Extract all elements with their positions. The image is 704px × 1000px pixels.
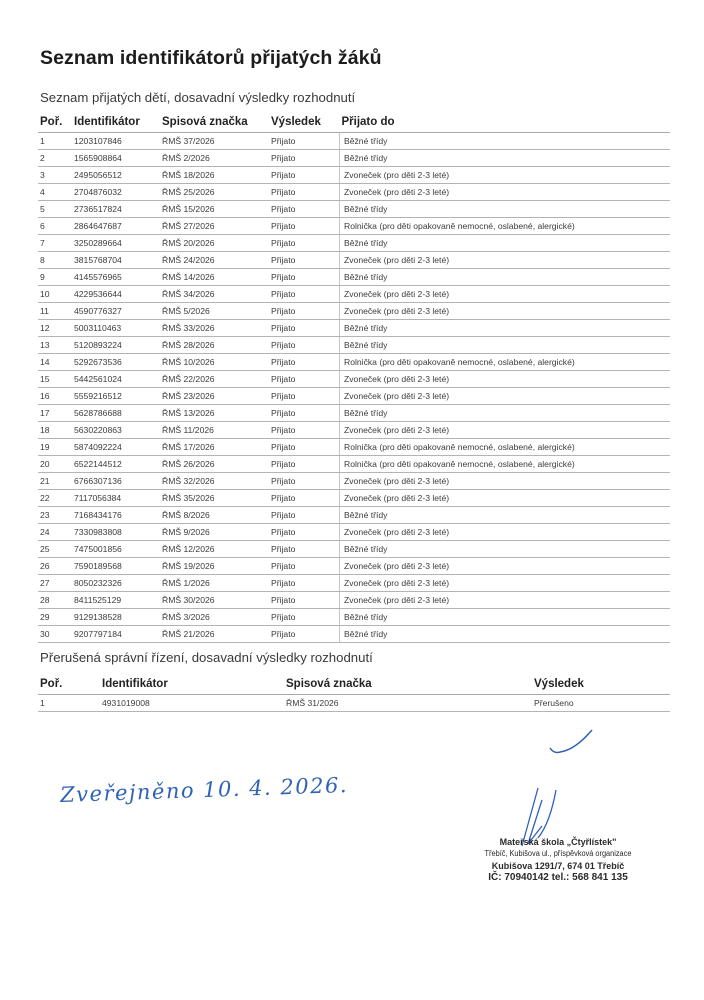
column-header-identifier: Identifikátor bbox=[100, 676, 284, 695]
row-file-number: ŘMŠ 32/2026 bbox=[160, 473, 269, 490]
row-result: Přijato bbox=[269, 473, 340, 490]
table-row: 195874092224ŘMŠ 17/2026PřijatoRolnička (… bbox=[38, 439, 670, 456]
row-admitted-to: Běžné třídy bbox=[340, 541, 671, 558]
row-admitted-to: Běžné třídy bbox=[340, 405, 671, 422]
row-order: 24 bbox=[38, 524, 72, 541]
row-admitted-to: Zvoneček (pro děti 2-3 leté) bbox=[340, 575, 671, 592]
stamp-address: Kubišova 1291/7, 674 01 Třebíč bbox=[478, 860, 638, 872]
row-result: Přijato bbox=[269, 252, 340, 269]
row-admitted-to: Zvoneček (pro děti 2-3 leté) bbox=[340, 184, 671, 201]
column-header-file-number: Spisová značka bbox=[284, 676, 532, 695]
row-identifier: 5630220863 bbox=[72, 422, 160, 439]
row-order: 1 bbox=[38, 133, 72, 150]
row-identifier: 7590189568 bbox=[72, 558, 160, 575]
row-order: 19 bbox=[38, 439, 72, 456]
row-admitted-to: Zvoneček (pro děti 2-3 leté) bbox=[340, 592, 671, 609]
row-result: Přijato bbox=[269, 507, 340, 524]
row-result: Přijato bbox=[269, 626, 340, 643]
table-row: 42704876032ŘMŠ 25/2026PřijatoZvoneček (p… bbox=[38, 184, 670, 201]
row-file-number: ŘMŠ 17/2026 bbox=[160, 439, 269, 456]
row-result: Přijato bbox=[269, 218, 340, 235]
table-row: 52736517824ŘMŠ 15/2026PřijatoBěžné třídy bbox=[38, 201, 670, 218]
table-row: 206522144512ŘMŠ 26/2026PřijatoRolnička (… bbox=[38, 456, 670, 473]
table-row: 14931019008ŘMŠ 31/2026Přerušeno bbox=[38, 695, 670, 712]
row-order: 20 bbox=[38, 456, 72, 473]
row-file-number: ŘMŠ 37/2026 bbox=[160, 133, 269, 150]
row-admitted-to: Běžné třídy bbox=[340, 133, 671, 150]
table-row: 125003110463ŘMŠ 33/2026PřijatoBěžné tříd… bbox=[38, 320, 670, 337]
row-identifier: 4590776327 bbox=[72, 303, 160, 320]
row-file-number: ŘMŠ 15/2026 bbox=[160, 201, 269, 218]
row-identifier: 2495056512 bbox=[72, 167, 160, 184]
table-row: 73250289664ŘMŠ 20/2026PřijatoBěžné třídy bbox=[38, 235, 670, 252]
handwritten-publication-note: Zveřejněno 10. 4. 2026. bbox=[60, 773, 349, 807]
table-row: 299129138528ŘMŠ 3/2026PřijatoBěžné třídy bbox=[38, 609, 670, 626]
table-row: 237168434176ŘMŠ 8/2026PřijatoBěžné třídy bbox=[38, 507, 670, 524]
row-admitted-to: Zvoneček (pro děti 2-3 leté) bbox=[340, 473, 671, 490]
row-result: Přijato bbox=[269, 201, 340, 218]
row-file-number: ŘMŠ 3/2026 bbox=[160, 609, 269, 626]
row-file-number: ŘMŠ 27/2026 bbox=[160, 218, 269, 235]
row-order: 8 bbox=[38, 252, 72, 269]
row-file-number: ŘMŠ 11/2026 bbox=[160, 422, 269, 439]
row-identifier: 5874092224 bbox=[72, 439, 160, 456]
row-order: 11 bbox=[38, 303, 72, 320]
table-row: 267590189568ŘMŠ 19/2026PřijatoZvoneček (… bbox=[38, 558, 670, 575]
table-row: 21565908864ŘMŠ 2/2026PřijatoBěžné třídy bbox=[38, 150, 670, 167]
table-row: 309207797184ŘMŠ 21/2026PřijatoBěžné tříd… bbox=[38, 626, 670, 643]
row-identifier: 3250289664 bbox=[72, 235, 160, 252]
row-order: 7 bbox=[38, 235, 72, 252]
row-result: Přijato bbox=[269, 337, 340, 354]
column-header-identifier: Identifikátor bbox=[72, 114, 160, 133]
table-header-row: Poř. Identifikátor Spisová značka Výsled… bbox=[38, 114, 670, 133]
section1-heading: Seznam přijatých dětí, dosavadní výsledk… bbox=[40, 90, 355, 105]
row-result: Přijato bbox=[269, 371, 340, 388]
row-result: Přijato bbox=[269, 456, 340, 473]
row-order: 17 bbox=[38, 405, 72, 422]
row-identifier: 4931019008 bbox=[100, 695, 284, 712]
row-file-number: ŘMŠ 5/2026 bbox=[160, 303, 269, 320]
row-result: Přijato bbox=[269, 354, 340, 371]
row-order: 2 bbox=[38, 150, 72, 167]
document-title: Seznam identifikátorů přijatých žáků bbox=[40, 47, 382, 70]
table-row: 175628786688ŘMŠ 13/2026PřijatoBěžné tříd… bbox=[38, 405, 670, 422]
row-file-number: ŘMŠ 13/2026 bbox=[160, 405, 269, 422]
row-admitted-to: Běžné třídy bbox=[340, 235, 671, 252]
row-result: Přijato bbox=[269, 286, 340, 303]
row-result: Přijato bbox=[269, 405, 340, 422]
row-order: 16 bbox=[38, 388, 72, 405]
row-file-number: ŘMŠ 10/2026 bbox=[160, 354, 269, 371]
row-identifier: 4229536644 bbox=[72, 286, 160, 303]
row-result: Přijato bbox=[269, 575, 340, 592]
row-admitted-to: Běžné třídy bbox=[340, 337, 671, 354]
row-order: 21 bbox=[38, 473, 72, 490]
row-admitted-to: Zvoneček (pro děti 2-3 leté) bbox=[340, 252, 671, 269]
row-order: 28 bbox=[38, 592, 72, 609]
row-file-number: ŘMŠ 12/2026 bbox=[160, 541, 269, 558]
row-result: Přijato bbox=[269, 235, 340, 252]
table-row: 278050232326ŘMŠ 1/2026PřijatoZvoneček (p… bbox=[38, 575, 670, 592]
table-row: 165559216512ŘMŠ 23/2026PřijatoZvoneček (… bbox=[38, 388, 670, 405]
table-row: 185630220863ŘMŠ 11/2026PřijatoZvoneček (… bbox=[38, 422, 670, 439]
row-file-number: ŘMŠ 35/2026 bbox=[160, 490, 269, 507]
row-file-number: ŘMŠ 19/2026 bbox=[160, 558, 269, 575]
row-order: 29 bbox=[38, 609, 72, 626]
stamp-contact: IČ: 70940142 tel.: 568 841 135 bbox=[478, 872, 638, 884]
row-admitted-to: Běžné třídy bbox=[340, 626, 671, 643]
admitted-children-table: Poř. Identifikátor Spisová značka Výsled… bbox=[38, 114, 670, 643]
row-admitted-to: Běžné třídy bbox=[340, 609, 671, 626]
stamp-school-name: Mateřská škola „Čtyřlístek" bbox=[478, 836, 638, 848]
row-admitted-to: Běžné třídy bbox=[340, 150, 671, 167]
row-order: 26 bbox=[38, 558, 72, 575]
row-identifier: 5628786688 bbox=[72, 405, 160, 422]
row-result: Přijato bbox=[269, 541, 340, 558]
row-order: 1 bbox=[38, 695, 100, 712]
row-file-number: ŘMŠ 33/2026 bbox=[160, 320, 269, 337]
row-identifier: 5292673536 bbox=[72, 354, 160, 371]
table-row: 288411525129ŘMŠ 30/2026PřijatoZvoneček (… bbox=[38, 592, 670, 609]
section2-heading: Přerušená správní řízení, dosavadní výsl… bbox=[40, 650, 373, 665]
row-admitted-to: Běžné třídy bbox=[340, 507, 671, 524]
row-order: 14 bbox=[38, 354, 72, 371]
row-file-number: ŘMŠ 14/2026 bbox=[160, 269, 269, 286]
row-admitted-to: Běžné třídy bbox=[340, 201, 671, 218]
row-result: Přijato bbox=[269, 558, 340, 575]
table-row: 11203107846ŘMŠ 37/2026PřijatoBěžné třídy bbox=[38, 133, 670, 150]
row-admitted-to: Běžné třídy bbox=[340, 320, 671, 337]
row-admitted-to: Zvoneček (pro děti 2-3 leté) bbox=[340, 371, 671, 388]
row-order: 18 bbox=[38, 422, 72, 439]
row-result: Přijato bbox=[269, 167, 340, 184]
table-row: 227117056384ŘMŠ 35/2026PřijatoZvoneček (… bbox=[38, 490, 670, 507]
row-order: 30 bbox=[38, 626, 72, 643]
signature-icon bbox=[520, 728, 610, 848]
column-header-admitted-to: Přijato do bbox=[340, 114, 671, 133]
row-file-number: ŘMŠ 22/2026 bbox=[160, 371, 269, 388]
interrupted-proceedings-table-body: 14931019008ŘMŠ 31/2026Přerušeno bbox=[38, 695, 670, 712]
column-header-file-number: Spisová značka bbox=[160, 114, 269, 133]
row-result: Přijato bbox=[269, 592, 340, 609]
row-admitted-to: Zvoneček (pro děti 2-3 leté) bbox=[340, 524, 671, 541]
row-result: Přijato bbox=[269, 524, 340, 541]
row-identifier: 3815768704 bbox=[72, 252, 160, 269]
row-file-number: ŘMŠ 8/2026 bbox=[160, 507, 269, 524]
row-order: 27 bbox=[38, 575, 72, 592]
row-admitted-to: Zvoneček (pro děti 2-3 leté) bbox=[340, 303, 671, 320]
row-identifier: 6766307136 bbox=[72, 473, 160, 490]
table-row: 114590776327ŘMŠ 5/2026PřijatoZvoneček (p… bbox=[38, 303, 670, 320]
row-file-number: ŘMŠ 34/2026 bbox=[160, 286, 269, 303]
column-header-result: Výsledek bbox=[532, 676, 670, 695]
row-admitted-to: Rolnička (pro děti opakovaně nemocné, os… bbox=[340, 218, 671, 235]
row-order: 13 bbox=[38, 337, 72, 354]
row-order: 22 bbox=[38, 490, 72, 507]
row-order: 6 bbox=[38, 218, 72, 235]
row-identifier: 2704876032 bbox=[72, 184, 160, 201]
row-result: Přijato bbox=[269, 133, 340, 150]
row-identifier: 9207797184 bbox=[72, 626, 160, 643]
row-file-number: ŘMŠ 1/2026 bbox=[160, 575, 269, 592]
table-row: 104229536644ŘMŠ 34/2026PřijatoZvoneček (… bbox=[38, 286, 670, 303]
school-stamp: Mateřská škola „Čtyřlístek" Třebíč, Kubi… bbox=[478, 836, 638, 884]
column-header-result: Výsledek bbox=[269, 114, 340, 133]
row-order: 4 bbox=[38, 184, 72, 201]
column-header-order: Poř. bbox=[38, 676, 100, 695]
table-row: 94145576965ŘMŠ 14/2026PřijatoBěžné třídy bbox=[38, 269, 670, 286]
row-order: 12 bbox=[38, 320, 72, 337]
interrupted-proceedings-table: Poř. Identifikátor Spisová značka Výsled… bbox=[38, 676, 670, 712]
row-identifier: 7475001856 bbox=[72, 541, 160, 558]
row-order: 9 bbox=[38, 269, 72, 286]
row-admitted-to: Běžné třídy bbox=[340, 269, 671, 286]
row-admitted-to: Zvoneček (pro děti 2-3 leté) bbox=[340, 558, 671, 575]
row-identifier: 7168434176 bbox=[72, 507, 160, 524]
row-order: 5 bbox=[38, 201, 72, 218]
row-file-number: ŘMŠ 20/2026 bbox=[160, 235, 269, 252]
row-result: Přijato bbox=[269, 184, 340, 201]
table-row: 247330983808ŘMŠ 9/2026PřijatoZvoneček (p… bbox=[38, 524, 670, 541]
row-file-number: ŘMŠ 21/2026 bbox=[160, 626, 269, 643]
row-result: Přijato bbox=[269, 150, 340, 167]
row-file-number: ŘMŠ 31/2026 bbox=[284, 695, 532, 712]
row-admitted-to: Zvoneček (pro děti 2-3 leté) bbox=[340, 286, 671, 303]
table-row: 155442561024ŘMŠ 22/2026PřijatoZvoneček (… bbox=[38, 371, 670, 388]
row-identifier: 5003110463 bbox=[72, 320, 160, 337]
row-result: Přijato bbox=[269, 388, 340, 405]
row-file-number: ŘMŠ 2/2026 bbox=[160, 150, 269, 167]
row-identifier: 4145576965 bbox=[72, 269, 160, 286]
table-row: 32495056512ŘMŠ 18/2026PřijatoZvoneček (p… bbox=[38, 167, 670, 184]
row-admitted-to: Zvoneček (pro děti 2-3 leté) bbox=[340, 388, 671, 405]
row-order: 25 bbox=[38, 541, 72, 558]
row-identifier: 1203107846 bbox=[72, 133, 160, 150]
row-order: 15 bbox=[38, 371, 72, 388]
row-admitted-to: Rolnička (pro děti opakovaně nemocné, os… bbox=[340, 354, 671, 371]
row-file-number: ŘMŠ 26/2026 bbox=[160, 456, 269, 473]
row-result: Přijato bbox=[269, 422, 340, 439]
row-identifier: 7117056384 bbox=[72, 490, 160, 507]
row-identifier: 2736517824 bbox=[72, 201, 160, 218]
admitted-children-table-body: 11203107846ŘMŠ 37/2026PřijatoBěžné třídy… bbox=[38, 133, 670, 643]
row-identifier: 9129138528 bbox=[72, 609, 160, 626]
row-admitted-to: Zvoneček (pro děti 2-3 leté) bbox=[340, 422, 671, 439]
table-row: 83815768704ŘMŠ 24/2026PřijatoZvoneček (p… bbox=[38, 252, 670, 269]
row-admitted-to: Rolnička (pro děti opakovaně nemocné, os… bbox=[340, 439, 671, 456]
row-result: Přijato bbox=[269, 269, 340, 286]
table-header-row: Poř. Identifikátor Spisová značka Výsled… bbox=[38, 676, 670, 695]
row-identifier: 5559216512 bbox=[72, 388, 160, 405]
row-order: 10 bbox=[38, 286, 72, 303]
table-row: 257475001856ŘMŠ 12/2026PřijatoBěžné tříd… bbox=[38, 541, 670, 558]
row-file-number: ŘMŠ 25/2026 bbox=[160, 184, 269, 201]
table-row: 135120893224ŘMŠ 28/2026PřijatoBěžné tříd… bbox=[38, 337, 670, 354]
row-identifier: 2864647687 bbox=[72, 218, 160, 235]
row-file-number: ŘMŠ 30/2026 bbox=[160, 592, 269, 609]
row-file-number: ŘMŠ 18/2026 bbox=[160, 167, 269, 184]
stamp-organization: Třebíč, Kubišova ul., příspěvková organi… bbox=[484, 848, 631, 860]
row-identifier: 1565908864 bbox=[72, 150, 160, 167]
row-identifier: 8411525129 bbox=[72, 592, 160, 609]
row-result: Přijato bbox=[269, 439, 340, 456]
row-file-number: ŘMŠ 24/2026 bbox=[160, 252, 269, 269]
row-identifier: 5120893224 bbox=[72, 337, 160, 354]
row-file-number: ŘMŠ 28/2026 bbox=[160, 337, 269, 354]
table-row: 145292673536ŘMŠ 10/2026PřijatoRolnička (… bbox=[38, 354, 670, 371]
row-order: 23 bbox=[38, 507, 72, 524]
row-result: Přerušeno bbox=[532, 695, 670, 712]
row-identifier: 5442561024 bbox=[72, 371, 160, 388]
row-result: Přijato bbox=[269, 303, 340, 320]
row-admitted-to: Zvoneček (pro děti 2-3 leté) bbox=[340, 167, 671, 184]
row-admitted-to: Zvoneček (pro děti 2-3 leté) bbox=[340, 490, 671, 507]
row-file-number: ŘMŠ 9/2026 bbox=[160, 524, 269, 541]
row-identifier: 7330983808 bbox=[72, 524, 160, 541]
row-result: Přijato bbox=[269, 320, 340, 337]
row-identifier: 8050232326 bbox=[72, 575, 160, 592]
row-result: Přijato bbox=[269, 609, 340, 626]
row-order: 3 bbox=[38, 167, 72, 184]
row-admitted-to: Rolnička (pro děti opakovaně nemocné, os… bbox=[340, 456, 671, 473]
table-row: 216766307136ŘMŠ 32/2026PřijatoZvoneček (… bbox=[38, 473, 670, 490]
row-file-number: ŘMŠ 23/2026 bbox=[160, 388, 269, 405]
table-row: 62864647687ŘMŠ 27/2026PřijatoRolnička (p… bbox=[38, 218, 670, 235]
row-identifier: 6522144512 bbox=[72, 456, 160, 473]
column-header-order: Poř. bbox=[38, 114, 72, 133]
row-result: Přijato bbox=[269, 490, 340, 507]
